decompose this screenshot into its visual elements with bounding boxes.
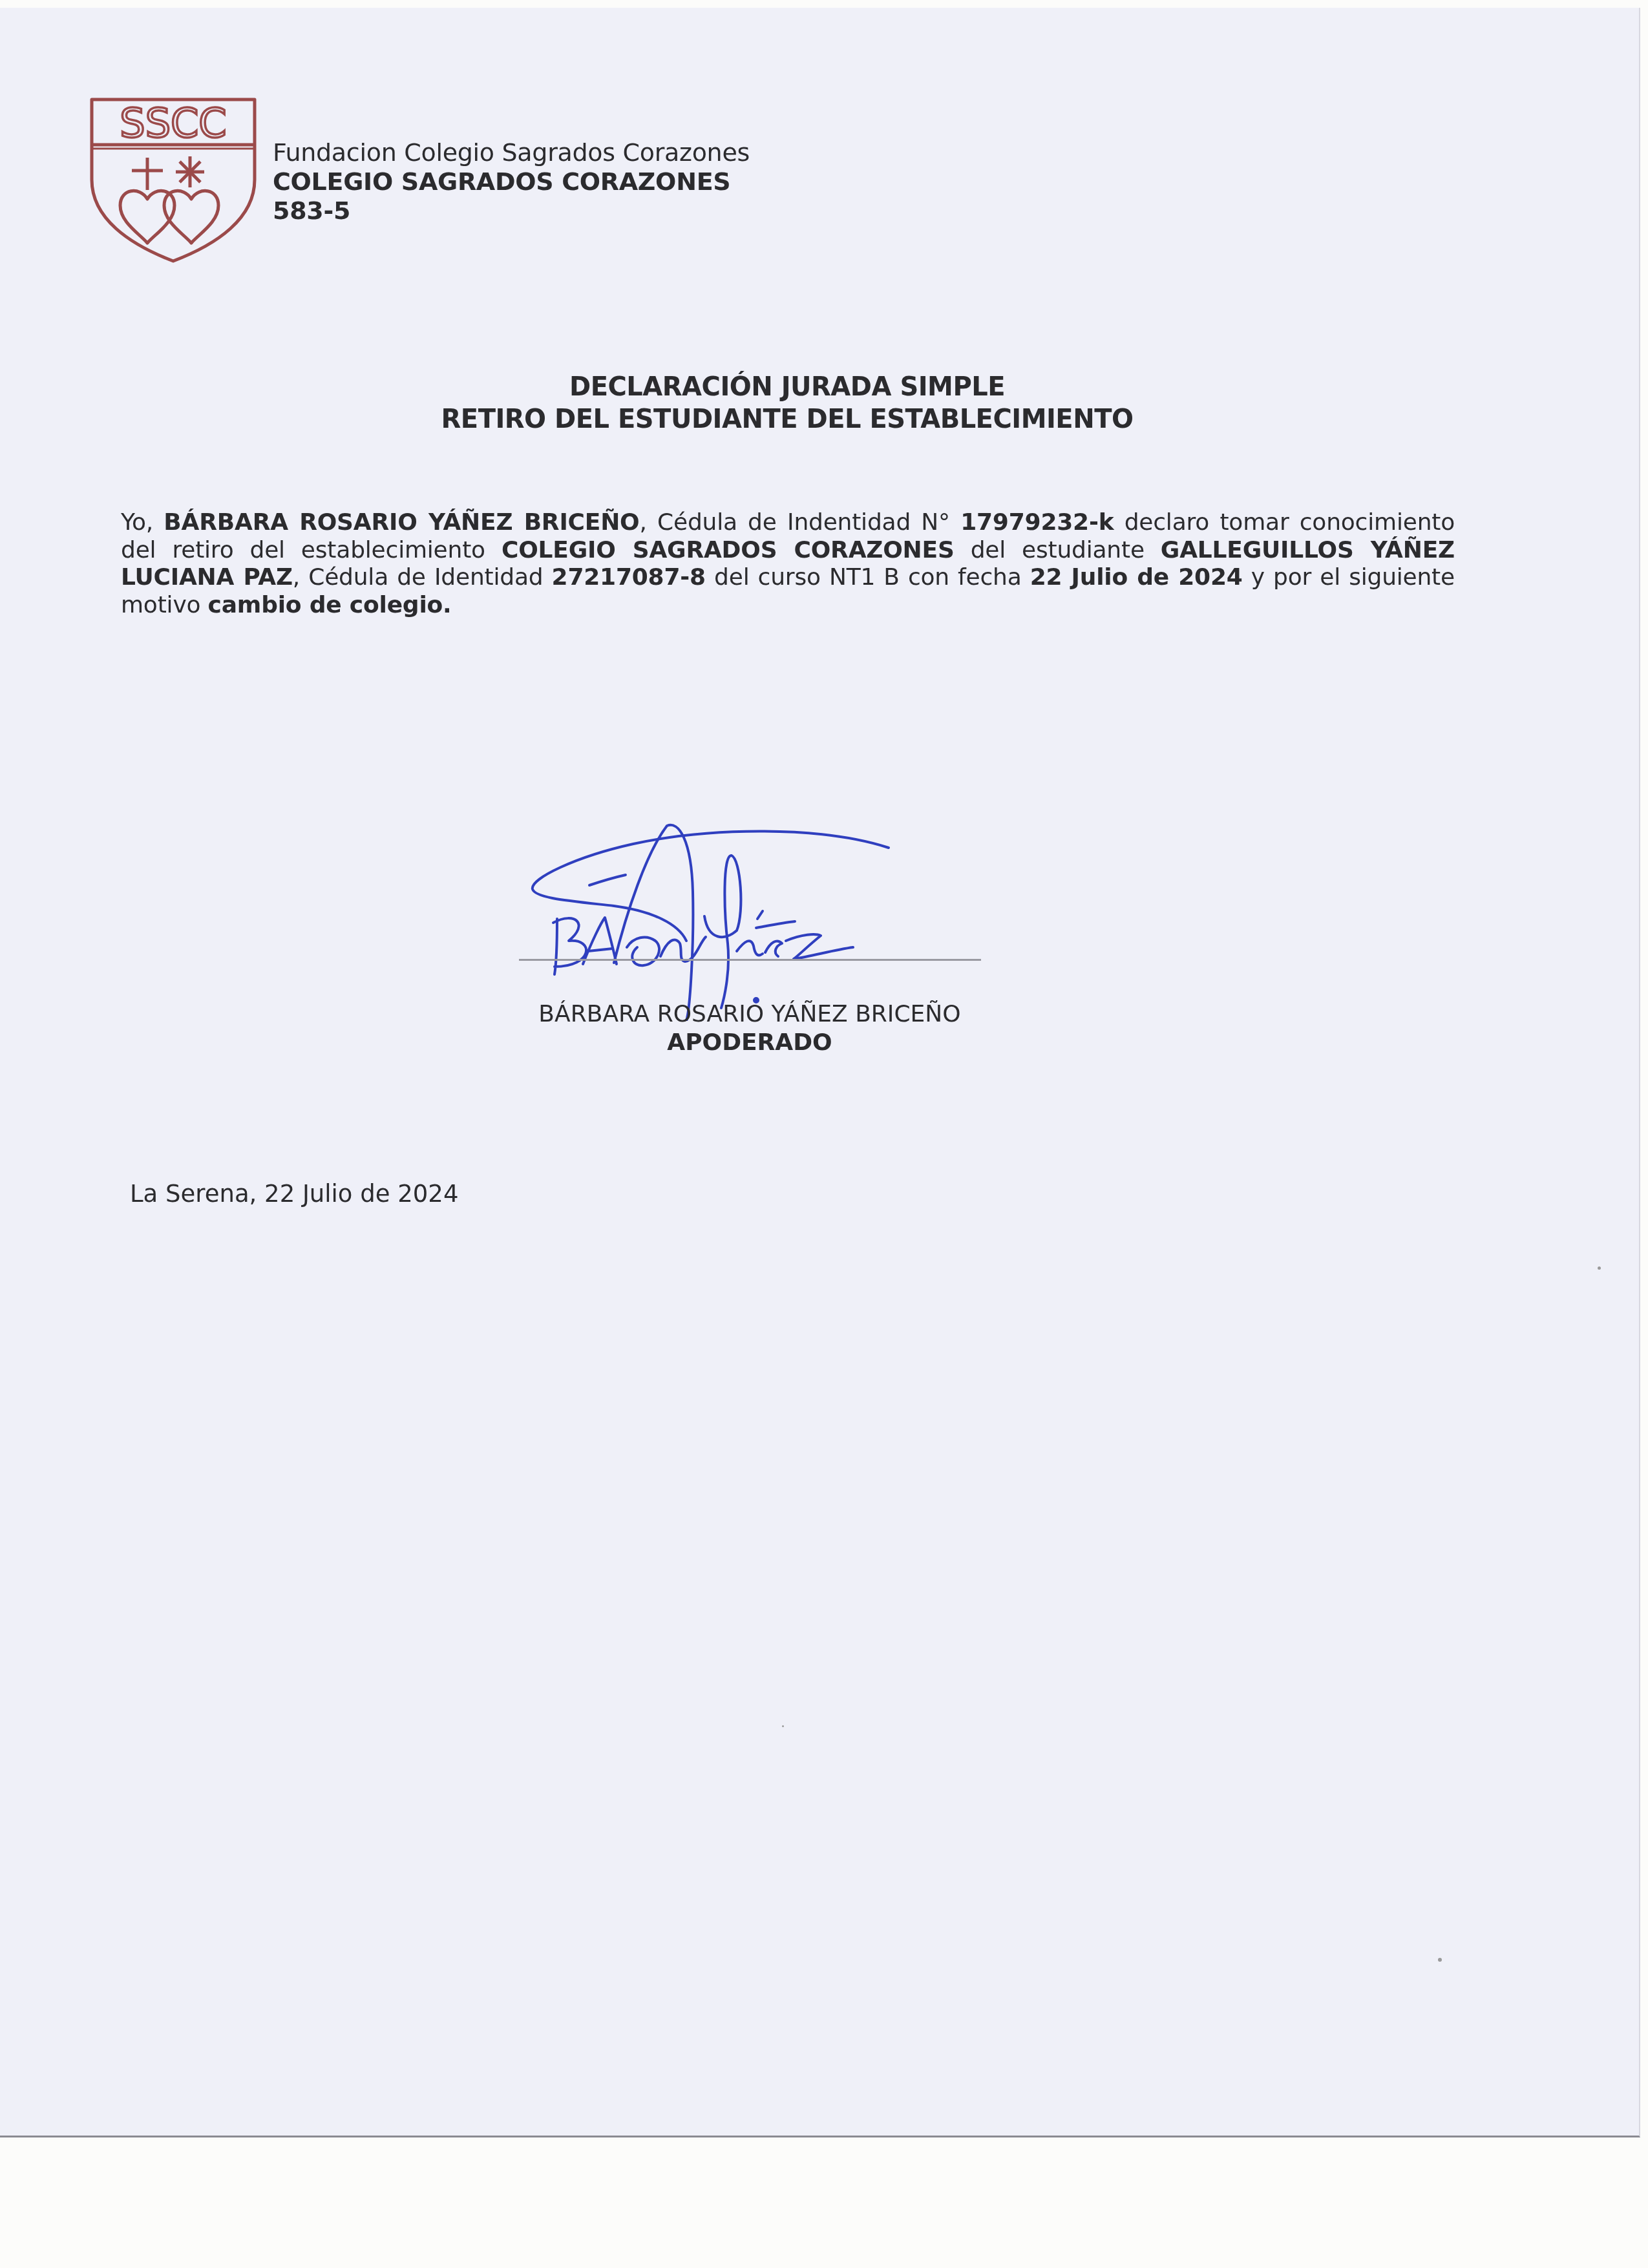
guardian-name: BÁRBARA ROSARIO YÁÑEZ BRICEÑO (164, 509, 639, 536)
document-title: DECLARACIÓN JURADA SIMPLE RETIRO DEL EST… (0, 371, 1574, 436)
text-segment: del estudiante (955, 537, 1161, 563)
text-segment: , Cédula de Identidad (293, 564, 552, 591)
school-logo-shield-icon: SSCC (88, 96, 259, 265)
foundation-name: Fundacion Colegio Sagrados Corazones (273, 138, 750, 167)
signer-role: APODERADO (452, 1029, 1047, 1057)
title-line-2: RETIRO DEL ESTUDIANTE DEL ESTABLECIMIENT… (0, 403, 1574, 436)
signer-name: BÁRBARA ROSARIO YÁÑEZ BRICEÑO (452, 1000, 1047, 1029)
school-name-inline: COLEGIO SAGRADOS CORAZONES (502, 537, 955, 563)
scan-speck (782, 1725, 784, 1727)
withdrawal-date: 22 Julio de 2024 (1030, 564, 1243, 591)
handwritten-signature (517, 814, 918, 1021)
student-id: 27217087-8 (552, 564, 706, 591)
text-segment: del curso NT1 B con fecha (706, 564, 1030, 591)
school-name: COLEGIO SAGRADOS CORAZONES (273, 167, 750, 196)
scan-speck (1598, 1266, 1601, 1270)
scanned-paper-sheet (0, 8, 1640, 2137)
scan-speck (1438, 1958, 1442, 1962)
title-line-1: DECLARACIÓN JURADA SIMPLE (0, 371, 1574, 403)
institution-header: Fundacion Colegio Sagrados Corazones COL… (273, 138, 750, 226)
text-segment: , Cédula de Indentidad N° (640, 509, 961, 536)
place-and-date: La Serena, 22 Julio de 2024 (130, 1180, 458, 1208)
declaration-paragraph: Yo, BÁRBARA ROSARIO YÁÑEZ BRICEÑO, Cédul… (121, 509, 1455, 619)
school-code: 583-5 (273, 196, 750, 226)
withdrawal-reason: cambio de colegio. (208, 592, 452, 618)
text-segment: Yo, (121, 509, 164, 536)
svg-text:SSCC: SSCC (120, 100, 226, 147)
signature-line (519, 959, 981, 961)
guardian-id: 17979232-k (960, 509, 1114, 536)
